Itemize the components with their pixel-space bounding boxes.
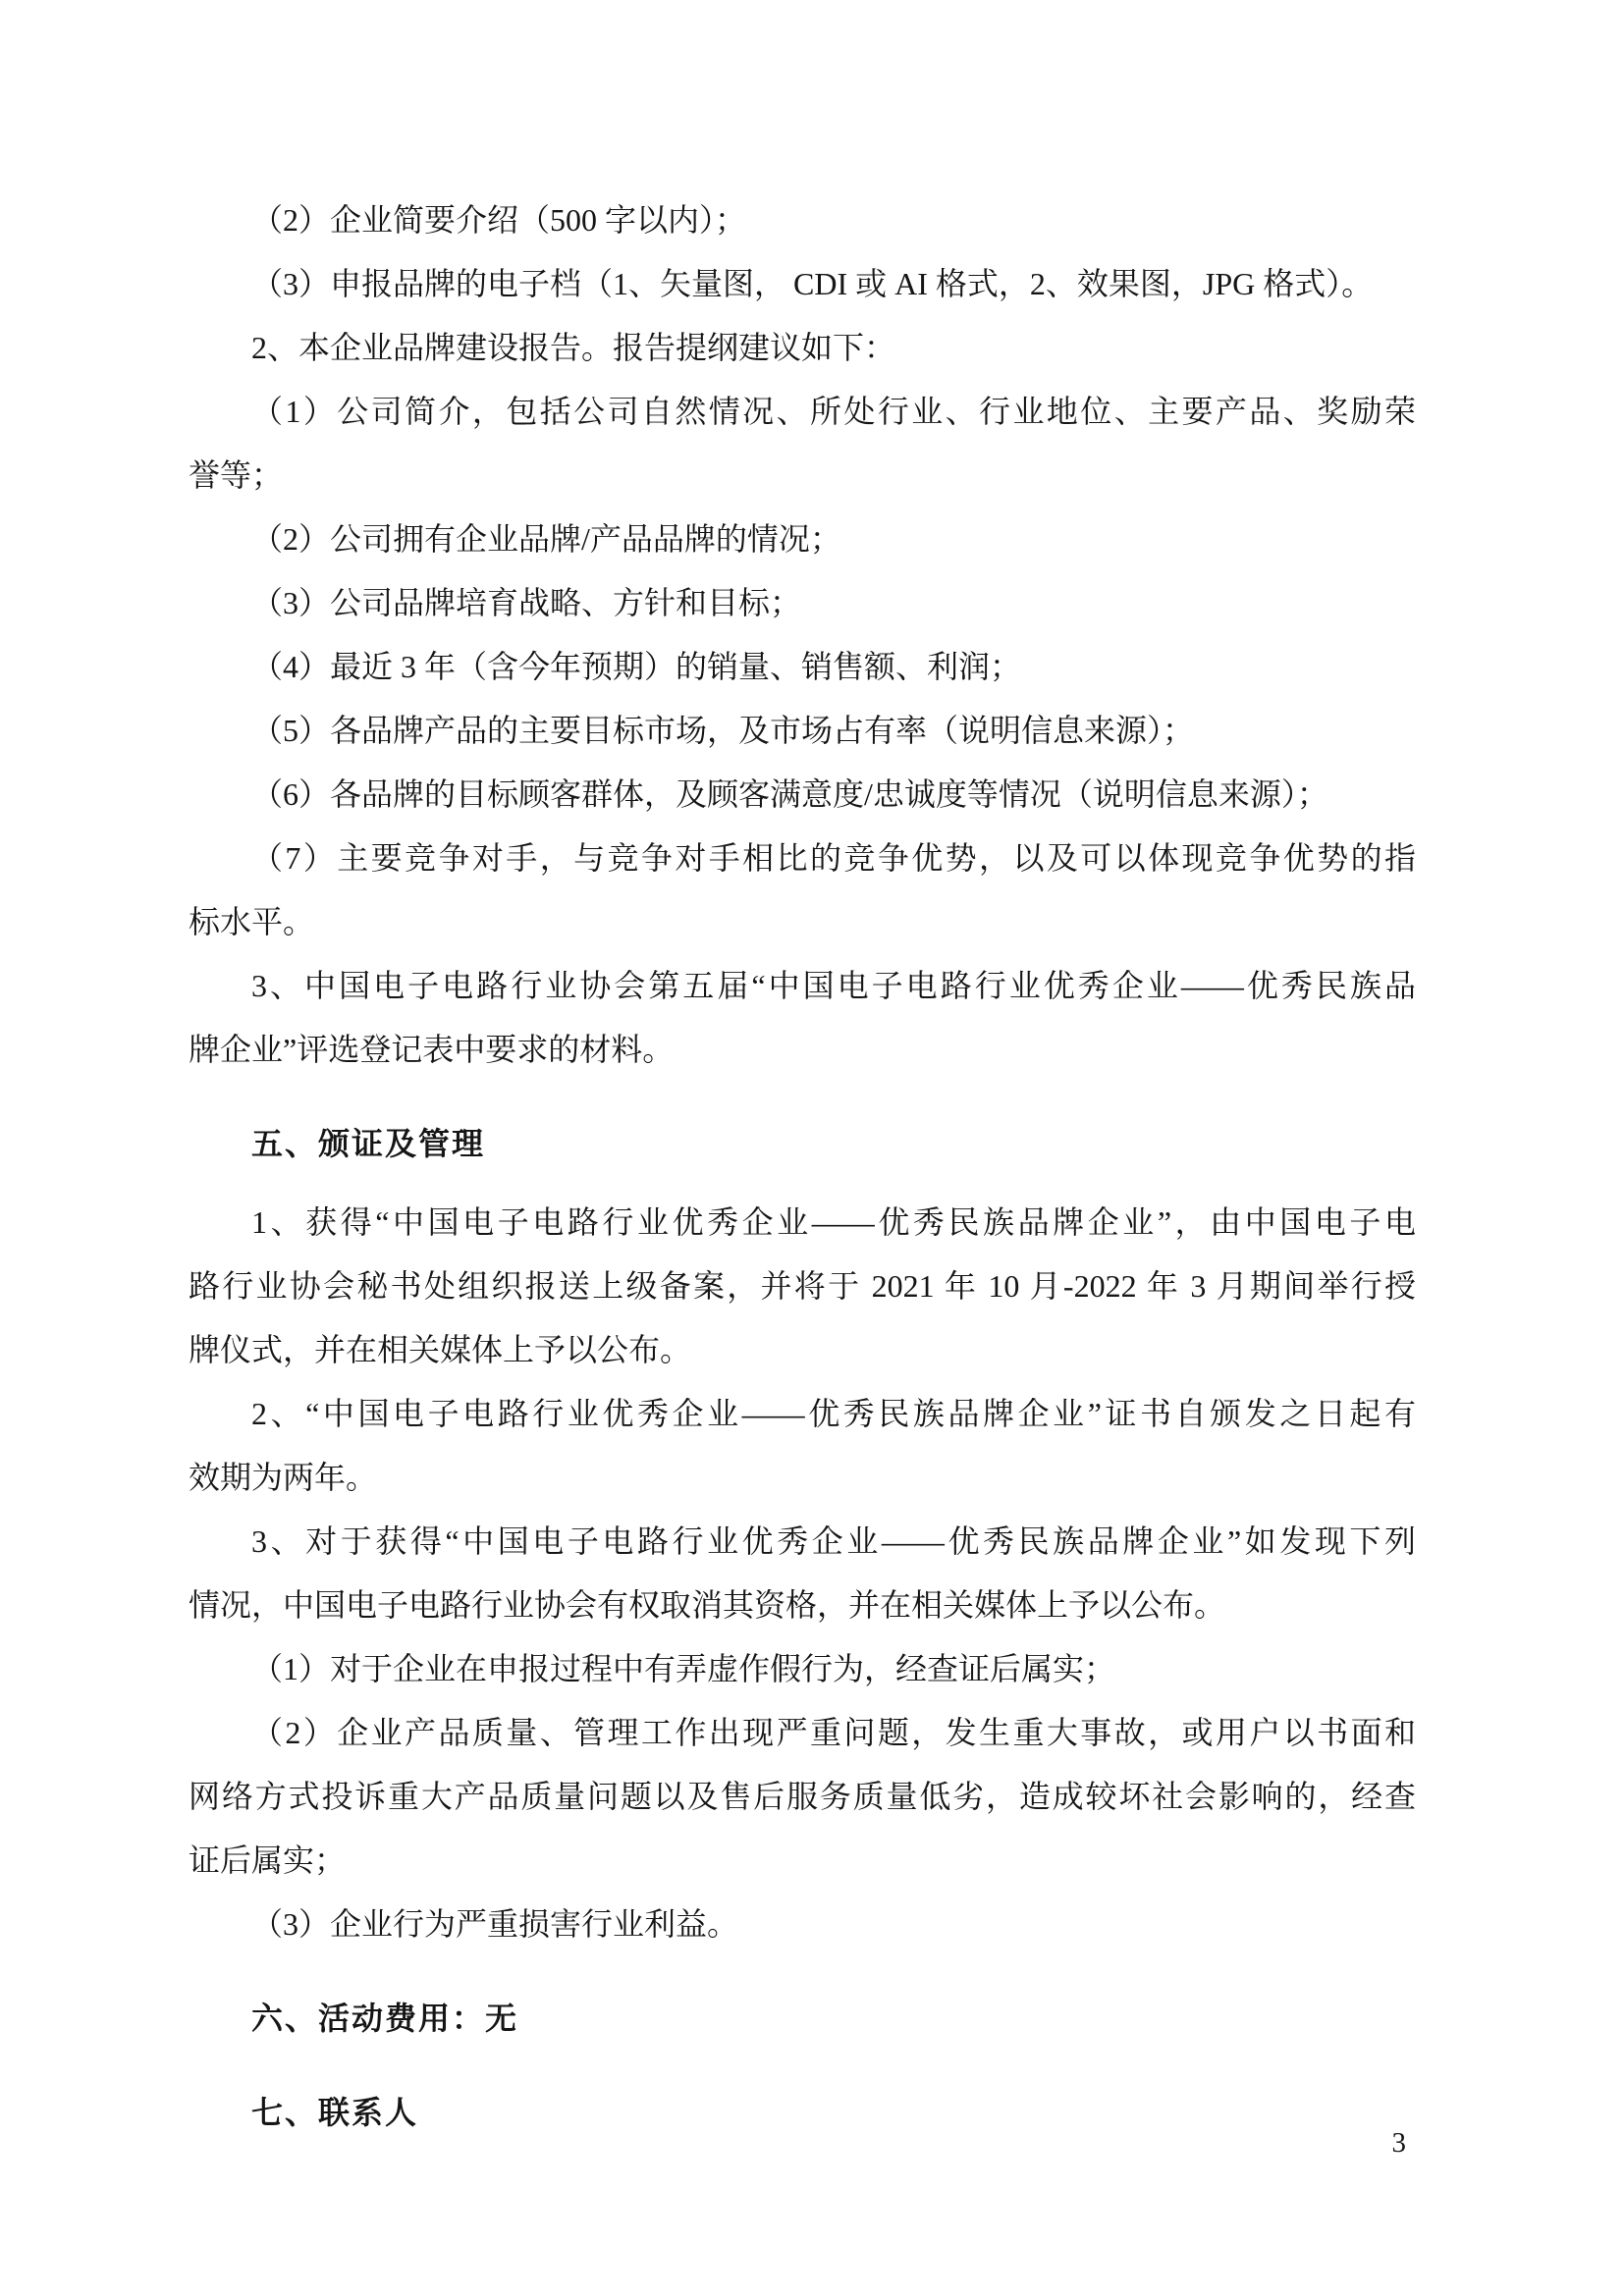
document-page: （2）企业简要介绍（500 字以内）； （3）申报品牌的电子档（1、矢量图， C… [0,0,1624,2296]
doc-line: 标水平。 [189,890,1416,954]
doc-line: 路行业协会秘书处组织报送上级备案，并将于 2021 年 10 月-2022 年 … [189,1255,1416,1318]
doc-line: 网络方式投诉重大产品质量问题以及售后服务质量低劣，造成较坏社会影响的，经查 [189,1765,1416,1829]
doc-line: 1、获得“中国电子电路行业优秀企业——优秀民族品牌企业”，由中国电子电 [189,1191,1416,1255]
doc-line: （2）企业简要介绍（500 字以内）； [189,188,1416,252]
doc-line: （5）各品牌产品的主要目标市场，及市场占有率（说明信息来源）； [189,699,1416,763]
doc-line: （4）最近 3 年（含今年预期）的销量、销售额、利润； [189,635,1416,699]
doc-line: （2）公司拥有企业品牌/产品品牌的情况； [189,507,1416,571]
doc-line: 牌企业”评选登记表中要求的材料。 [189,1018,1416,1082]
doc-line: （3）企业行为严重损害行业利益。 [189,1893,1416,1956]
doc-line: 3、中国电子电路行业协会第五届“中国电子电路行业优秀企业——优秀民族品 [189,954,1416,1018]
document-body: （2）企业简要介绍（500 字以内）； （3）申报品牌的电子档（1、矢量图， C… [0,0,1624,2145]
heading-seven-contact-person: 七、联系人 [189,2081,1416,2145]
doc-line: （3）公司品牌培育战略、方针和目标； [189,571,1416,635]
doc-line: （6）各品牌的目标顾客群体，及顾客满意度/忠诚度等情况（说明信息来源）； [189,763,1416,827]
doc-line: 证后属实； [189,1829,1416,1893]
doc-line: 牌仪式，并在相关媒体上予以公布。 [189,1318,1416,1382]
doc-line: 誉等； [189,444,1416,507]
doc-line: （7）主要竞争对手，与竞争对手相比的竞争优势，以及可以体现竞争优势的指 [189,827,1416,890]
doc-line: （1）公司简介，包括公司自然情况、所处行业、行业地位、主要产品、奖励荣 [189,380,1416,444]
doc-line: （2）企业产品质量、管理工作出现严重问题，发生重大事故，或用户以书面和 [189,1701,1416,1765]
page-number: 3 [1392,2123,1407,2163]
doc-line: 效期为两年。 [189,1446,1416,1510]
doc-line: 2、本企业品牌建设报告。报告提纲建议如下： [189,316,1416,380]
heading-six-activity-fee: 六、活动费用：无 [189,1987,1416,2051]
doc-line: 3、对于获得“中国电子电路行业优秀企业——优秀民族品牌企业”如发现下列 [189,1510,1416,1574]
doc-line: 2、“中国电子电路行业优秀企业——优秀民族品牌企业”证书自颁发之日起有 [189,1382,1416,1446]
heading-five-certification-management: 五、颁证及管理 [189,1112,1416,1176]
doc-line: （3）申报品牌的电子档（1、矢量图， CDI 或 AI 格式，2、效果图，JPG… [189,252,1416,316]
doc-line: 情况，中国电子电路行业协会有权取消其资格，并在相关媒体上予以公布。 [189,1574,1416,1637]
doc-line: （1）对于企业在申报过程中有弄虚作假行为，经查证后属实； [189,1637,1416,1701]
